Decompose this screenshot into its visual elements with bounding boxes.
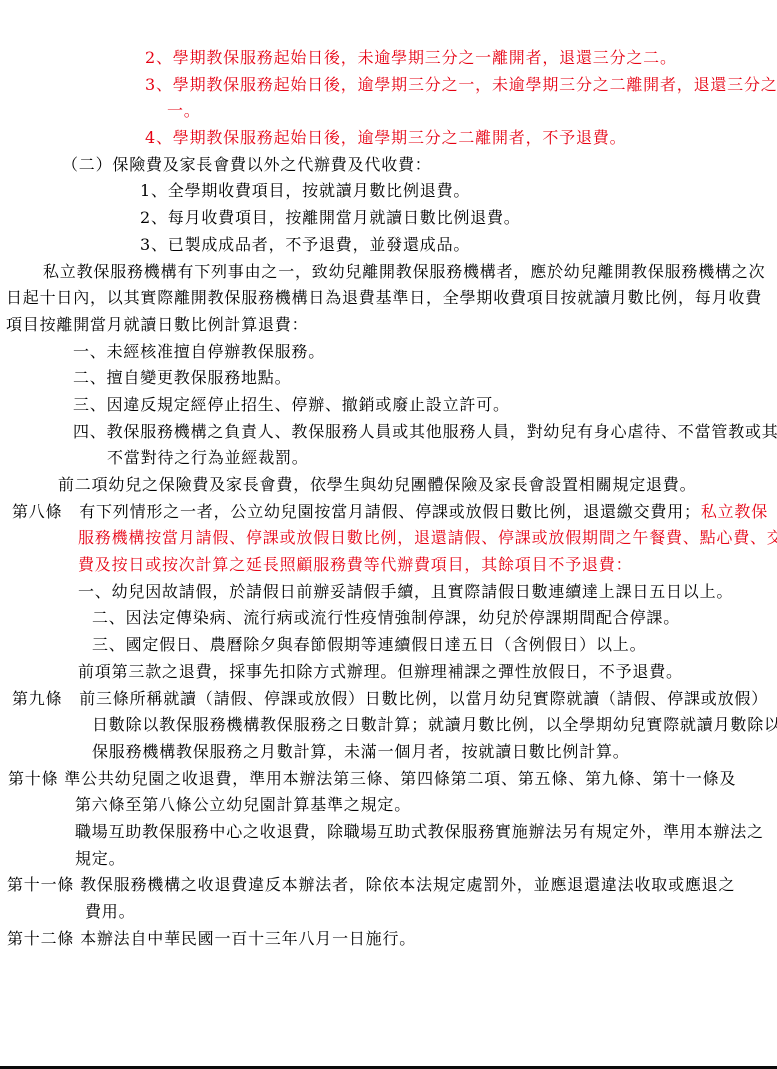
document-line: 二、因法定傳染病、流行病或流行性疫情強制停課，幼兒於停課期間配合停課。: [0, 605, 777, 632]
document-line: 一、幼兒因故請假，於請假日前辦妥請假手續，且實際請假日數連續達上課日五日以上。: [0, 579, 777, 606]
document-line: 二、擅自變更教保服務地點。: [0, 365, 777, 392]
document-line: 費及按日或按次計算之延長照顧服務費等代辦費項目，其餘項目不予退費：: [0, 552, 777, 579]
document-line: （二）保險費及家長會費以外之代辦費及代收費：: [0, 152, 777, 179]
document-line: 1、全學期收費項目，按就讀月數比例退費。: [0, 178, 777, 205]
document-line: 2、學期教保服務起始日後，未逾學期三分之一離開者，退還三分之二。: [0, 45, 777, 72]
document-line: 規定。: [0, 846, 777, 873]
document-line: 第八條 有下列情形之一者，公立幼兒園按當月請假、停課或放假日數比例，退還繳交費用…: [0, 499, 777, 526]
line-text-red: 私立教保: [701, 502, 768, 521]
document-line: 3、學期教保服務起始日後，逾學期三分之一，未逾學期三分之二離開者，退還三分之: [0, 72, 777, 99]
document-line: 一。: [0, 98, 777, 125]
document-line: 項目按離開當月就讀日數比例計算退費：: [0, 312, 777, 339]
document-line: 前項第三款之退費，採事先扣除方式辦理。但辦理補課之彈性放假日，不予退費。: [0, 659, 777, 686]
document-line: 保服務機構教保服務之月數計算，未滿一個月者，按就讀日數比例計算。: [0, 739, 777, 766]
document-line: 費用。: [0, 899, 777, 926]
document-line: 第十二條 本辦法自中華民國一百十三年八月一日施行。: [0, 926, 777, 953]
document-line: 不當對待之行為並經裁罰。: [0, 445, 777, 472]
document-line: 服務機構按當月請假、停課或放假日數比例，退還請假、停課或放假期間之午餐費、點心費…: [0, 525, 777, 552]
document-line: 日起十日內，以其實際離開教保服務機構日為退費基準日，全學期收費項目按就讀月數比例…: [0, 285, 777, 312]
document-line: 前二項幼兒之保險費及家長會費，依學生與幼兒團體保險及家長會設置相關規定退費。: [0, 472, 777, 499]
document-line: 一、未經核准擅自停辦教保服務。: [0, 339, 777, 366]
document-line: 三、因違反規定經停止招生、停辦、撤銷或廢止設立許可。: [0, 392, 777, 419]
document-body: 2、學期教保服務起始日後，未逾學期三分之一離開者，退還三分之二。 3、學期教保服…: [0, 0, 777, 952]
document-line: 第十一條 教保服務機構之收退費違反本辦法者，除依本法規定處罰外，並應退還違法收取…: [0, 872, 777, 899]
document-line: 四、教保服務機構之負責人、教保服務人員或其他服務人員，對幼兒有身心虐待、不當管教…: [0, 419, 777, 446]
document-line: 第十條 準公共幼兒園之收退費，準用本辦法第三條、第四條第二項、第五條、第九條、第…: [0, 766, 777, 793]
document-line: 3、已製成成品者，不予退費，並發還成品。: [0, 232, 777, 259]
document-line: 2、每月收費項目，按離開當月就讀日數比例退費。: [0, 205, 777, 232]
document-line: 4、學期教保服務起始日後，逾學期三分之二離開者，不予退費。: [0, 125, 777, 152]
document-line: 職場互助教保服務中心之收退費，除職場互助式教保服務實施辦法另有規定外，準用本辦法…: [0, 819, 777, 846]
document-line: 第九條 前三條所稱就讀（請假、停課或放假）日數比例，以當月幼兒實際就讀（請假、停…: [0, 686, 777, 713]
document-line: 私立教保服務機構有下列事由之一，致幼兒離開教保服務機構者，應於幼兒離開教保服務機…: [0, 259, 777, 286]
document-line: 第六條至第八條公立幼兒園計算基準之規定。: [0, 792, 777, 819]
line-text: 第八條 有下列情形之一者，公立幼兒園按當月請假、停課或放假日數比例，退還繳交費用…: [12, 502, 701, 521]
document-line: 日數除以教保服務機構教保服務之日數計算；就讀月數比例，以全學期幼兒實際就讀月數除…: [0, 712, 777, 739]
document-page: 2、學期教保服務起始日後，未逾學期三分之一離開者，退還三分之二。 3、學期教保服…: [0, 0, 777, 1069]
document-line: 三、國定假日、農曆除夕與春節假期等連續假日達五日（含例假日）以上。: [0, 632, 777, 659]
